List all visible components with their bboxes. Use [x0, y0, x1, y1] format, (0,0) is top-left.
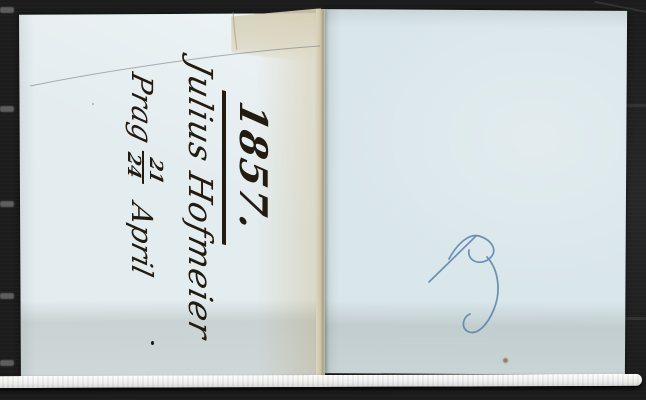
- stain-speck: [503, 358, 508, 363]
- album-edge-mark: [0, 7, 14, 13]
- album-edge-mark: [0, 201, 14, 207]
- photo-black-background: 1857. Julius Hofmeier Prag2124April: [0, 0, 646, 400]
- letter-back-page: [321, 9, 627, 375]
- album-edge-mark: [0, 360, 14, 366]
- background-scratch: [625, 317, 646, 320]
- letter-front-page: [19, 13, 323, 377]
- background-scratch: [625, 104, 646, 107]
- ink-speck: [151, 341, 154, 345]
- paper-speck: [92, 103, 94, 105]
- mount-strip: [0, 374, 642, 388]
- fold-flap: [231, 8, 321, 64]
- album-edge-mark: [0, 293, 14, 299]
- fold-edge: [316, 9, 325, 375]
- album-edge-mark: [0, 106, 14, 112]
